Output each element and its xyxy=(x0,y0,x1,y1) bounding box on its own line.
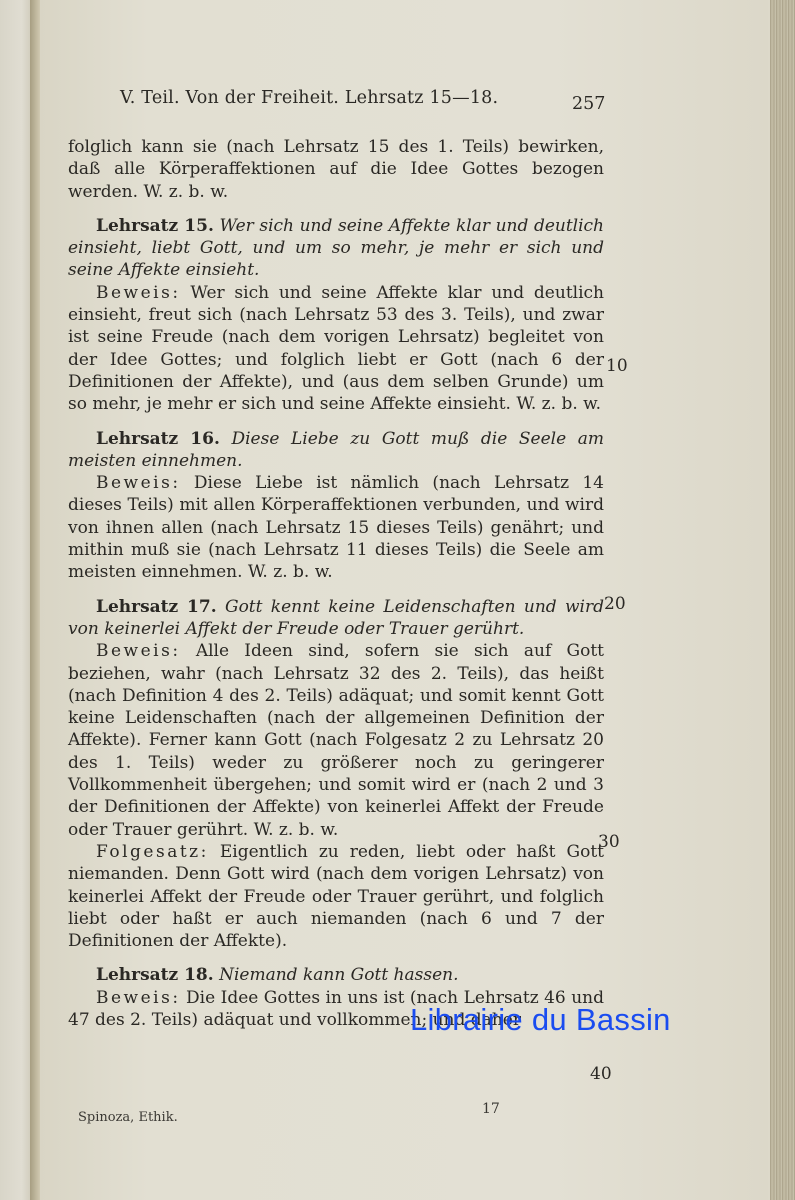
theorem-15: Lehrsatz 15. Wer sich und seine Affekte … xyxy=(68,215,604,282)
footer-title: Spinoza, Ethik. xyxy=(78,1110,178,1125)
theorem-label: Lehrsatz 16. xyxy=(96,429,220,449)
theorem-label: Lehrsatz 18. xyxy=(96,965,214,985)
proof-label: Beweis: xyxy=(96,473,181,493)
running-head: V. Teil. Von der Freiheit. Lehrsatz 15—1… xyxy=(120,88,498,108)
proof-text: Alle Ideen sind, sofern sie sich auf Got… xyxy=(68,641,604,839)
paragraph-continuation: folglich kann sie (nach Lehrsatz 15 des … xyxy=(68,136,604,203)
line-number: 30 xyxy=(598,832,620,852)
proof-17: Beweis: Alle Ideen sind, sofern sie sich… xyxy=(68,640,604,841)
proof-16: Beweis: Diese Liebe ist nämlich (nach Le… xyxy=(68,472,604,583)
corollary-label: Folgesatz: xyxy=(96,842,209,862)
page-edges xyxy=(770,0,795,1200)
theorem-label: Lehrsatz 17. xyxy=(96,597,217,617)
theorem-label: Lehrsatz 15. xyxy=(96,216,214,236)
proof-label: Beweis: xyxy=(96,988,181,1008)
page-number: 257 xyxy=(572,94,605,114)
theorem-statement: Niemand kann Gott hassen. xyxy=(219,965,458,985)
line-number: 20 xyxy=(604,594,626,614)
theorem-18: Lehrsatz 18. Niemand kann Gott hassen. xyxy=(68,964,604,986)
signature-mark: 17 xyxy=(482,1101,500,1117)
theorem-16: Lehrsatz 16. Diese Liebe zu Gott muß die… xyxy=(68,428,604,473)
theorem-17: Lehrsatz 17. Gott kennt keine Leidenscha… xyxy=(68,596,604,641)
line-number: 40 xyxy=(590,1064,612,1084)
watermark: Librairie du Bassin xyxy=(410,1002,671,1038)
page-body: folglich kann sie (nach Lehrsatz 15 des … xyxy=(68,136,604,1031)
line-number: 10 xyxy=(606,356,628,376)
proof-label: Beweis: xyxy=(96,641,181,661)
proof-15: Beweis: Wer sich und seine Affekte klar … xyxy=(68,282,604,416)
proof-label: Beweis: xyxy=(96,283,181,303)
corollary-17: Folgesatz: Eigentlich zu reden, liebt od… xyxy=(68,841,604,952)
